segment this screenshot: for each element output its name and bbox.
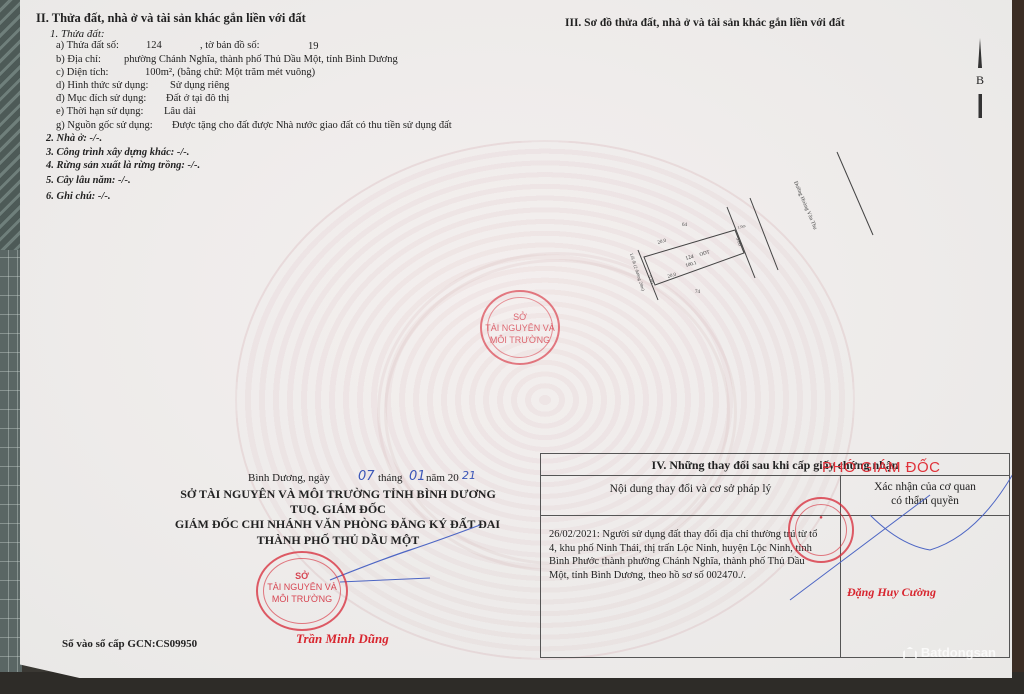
signing-month: 01 [409,470,426,483]
diagram-neighbor-bottom: 74 [695,290,701,295]
map-sheet-number: 19 [308,42,319,53]
diagram-side-left: 5.00 [646,275,654,285]
purpose-value: Đất ở tại đô thị [166,94,229,105]
signing-seal-line-3: MÔI TRƯỜNG [258,594,346,605]
notes-item: 6. Ghi chú: -/-. [46,192,110,203]
origin-value: Được tặng cho đất được Nhà nước giao đất… [172,121,452,132]
watermark-text: Batdongsan [921,645,996,660]
site-watermark: Batdongsan [903,645,996,660]
term-value: Lâu dài [164,107,196,118]
origin-label: g) Nguồn gốc sử dụng: [56,121,153,132]
address-label: b) Địa chỉ: [56,55,101,66]
area-value: 100m², (bằng chữ: Một trăm mét vuông) [145,68,315,79]
diagram-parcel-number: 124 [685,254,695,262]
house-item: 2. Nhà ở: -/-. [46,134,102,145]
center-seal-line-2: TÀI NGUYÊN VÀ [482,323,558,334]
signing-year-label: năm 20 [426,473,459,484]
diagram-street-label: Đường Hoàng Văn Thụ [792,180,818,230]
parcel-diagram: 20.0 20.0 124 100.1 ODT 5.00 5.00 1.0m 6… [600,150,900,320]
address-value: phường Chánh Nghĩa, thành phố Thủ Dầu Mộ… [124,55,398,66]
signing-organization: SỞ TÀI NGUYÊN VÀ MÔI TRƯỜNG TỈNH BÌNH DƯ… [168,488,508,500]
use-form-value: Sử dụng riêng [170,81,229,92]
diagram-neighbor-top: 64 [682,223,688,228]
perennial-item: 5. Cây lâu năm: -/-. [46,176,131,187]
diagram-side-top: 20.0 [657,239,667,246]
diagram-parcel-code: ODT [699,250,710,258]
parcel-label: a) Thửa đất số: [56,41,119,52]
forest-item: 4. Rừng sản xuất là rừng trồng: -/-. [46,161,200,172]
land-subtitle: 1. Thửa đất: [50,29,105,40]
section-2-title: II. Thửa đất, nhà ở và tài sản khác gắn … [36,12,306,25]
center-seal-line-3: MÔI TRƯỜNG [482,335,558,346]
signing-month-label: tháng [378,473,402,484]
area-label: c) Diện tích: [56,68,108,79]
diagram-side-bottom: 20.0 [667,273,677,280]
certificate-entry-number: Số vào sổ cấp GCN:CS09950 [62,639,197,650]
certificate-page: II. Thửa đất, nhà ở và tài sản khác gắn … [20,0,1012,678]
center-seal-line-1: SỞ [482,312,558,323]
north-label: B [976,74,984,86]
term-label: e) Thời hạn sử dụng: [56,107,143,118]
parcel-number: 124 [146,41,162,52]
diagram-parcel-area: 100.1 [685,261,698,269]
signing-place-date-prefix: Bình Dương, ngày [248,473,330,484]
signer-name: Trần Minh Dũng [296,632,389,645]
signature-stroke-right [780,455,1024,605]
section-3-title: III. Sơ đồ thửa đất, nhà ở và tài sản kh… [565,18,845,30]
diagram-setback: 1.0m [737,223,747,230]
purpose-label: đ) Mục đích sử dụng: [56,94,146,105]
signing-seal-line-1: SỞ [258,571,346,582]
background-pattern-left [0,0,22,694]
signing-year-suffix: 21 [462,470,476,481]
signing-day: 07 [358,470,375,483]
map-sheet-label: , tờ bản đồ số: [200,41,260,52]
other-works-item: 3. Công trình xây dựng khác: -/-. [46,148,189,159]
use-form-label: d) Hình thức sử dụng: [56,81,148,92]
signing-official-seal: SỞ TÀI NGUYÊN VÀ MÔI TRƯỜNG [256,551,348,631]
center-official-seal: SỞ TÀI NGUYÊN VÀ MÔI TRƯỜNG [480,290,560,365]
diagram-alley-label: Lối đi (2 đường 20m) [629,253,646,292]
signing-seal-line-2: TÀI NGUYÊN VÀ [258,582,346,593]
signing-tuq: TUQ. GIÁM ĐỐC [168,503,508,515]
background-edge-right [1010,0,1024,694]
house-logo-icon [903,647,917,659]
